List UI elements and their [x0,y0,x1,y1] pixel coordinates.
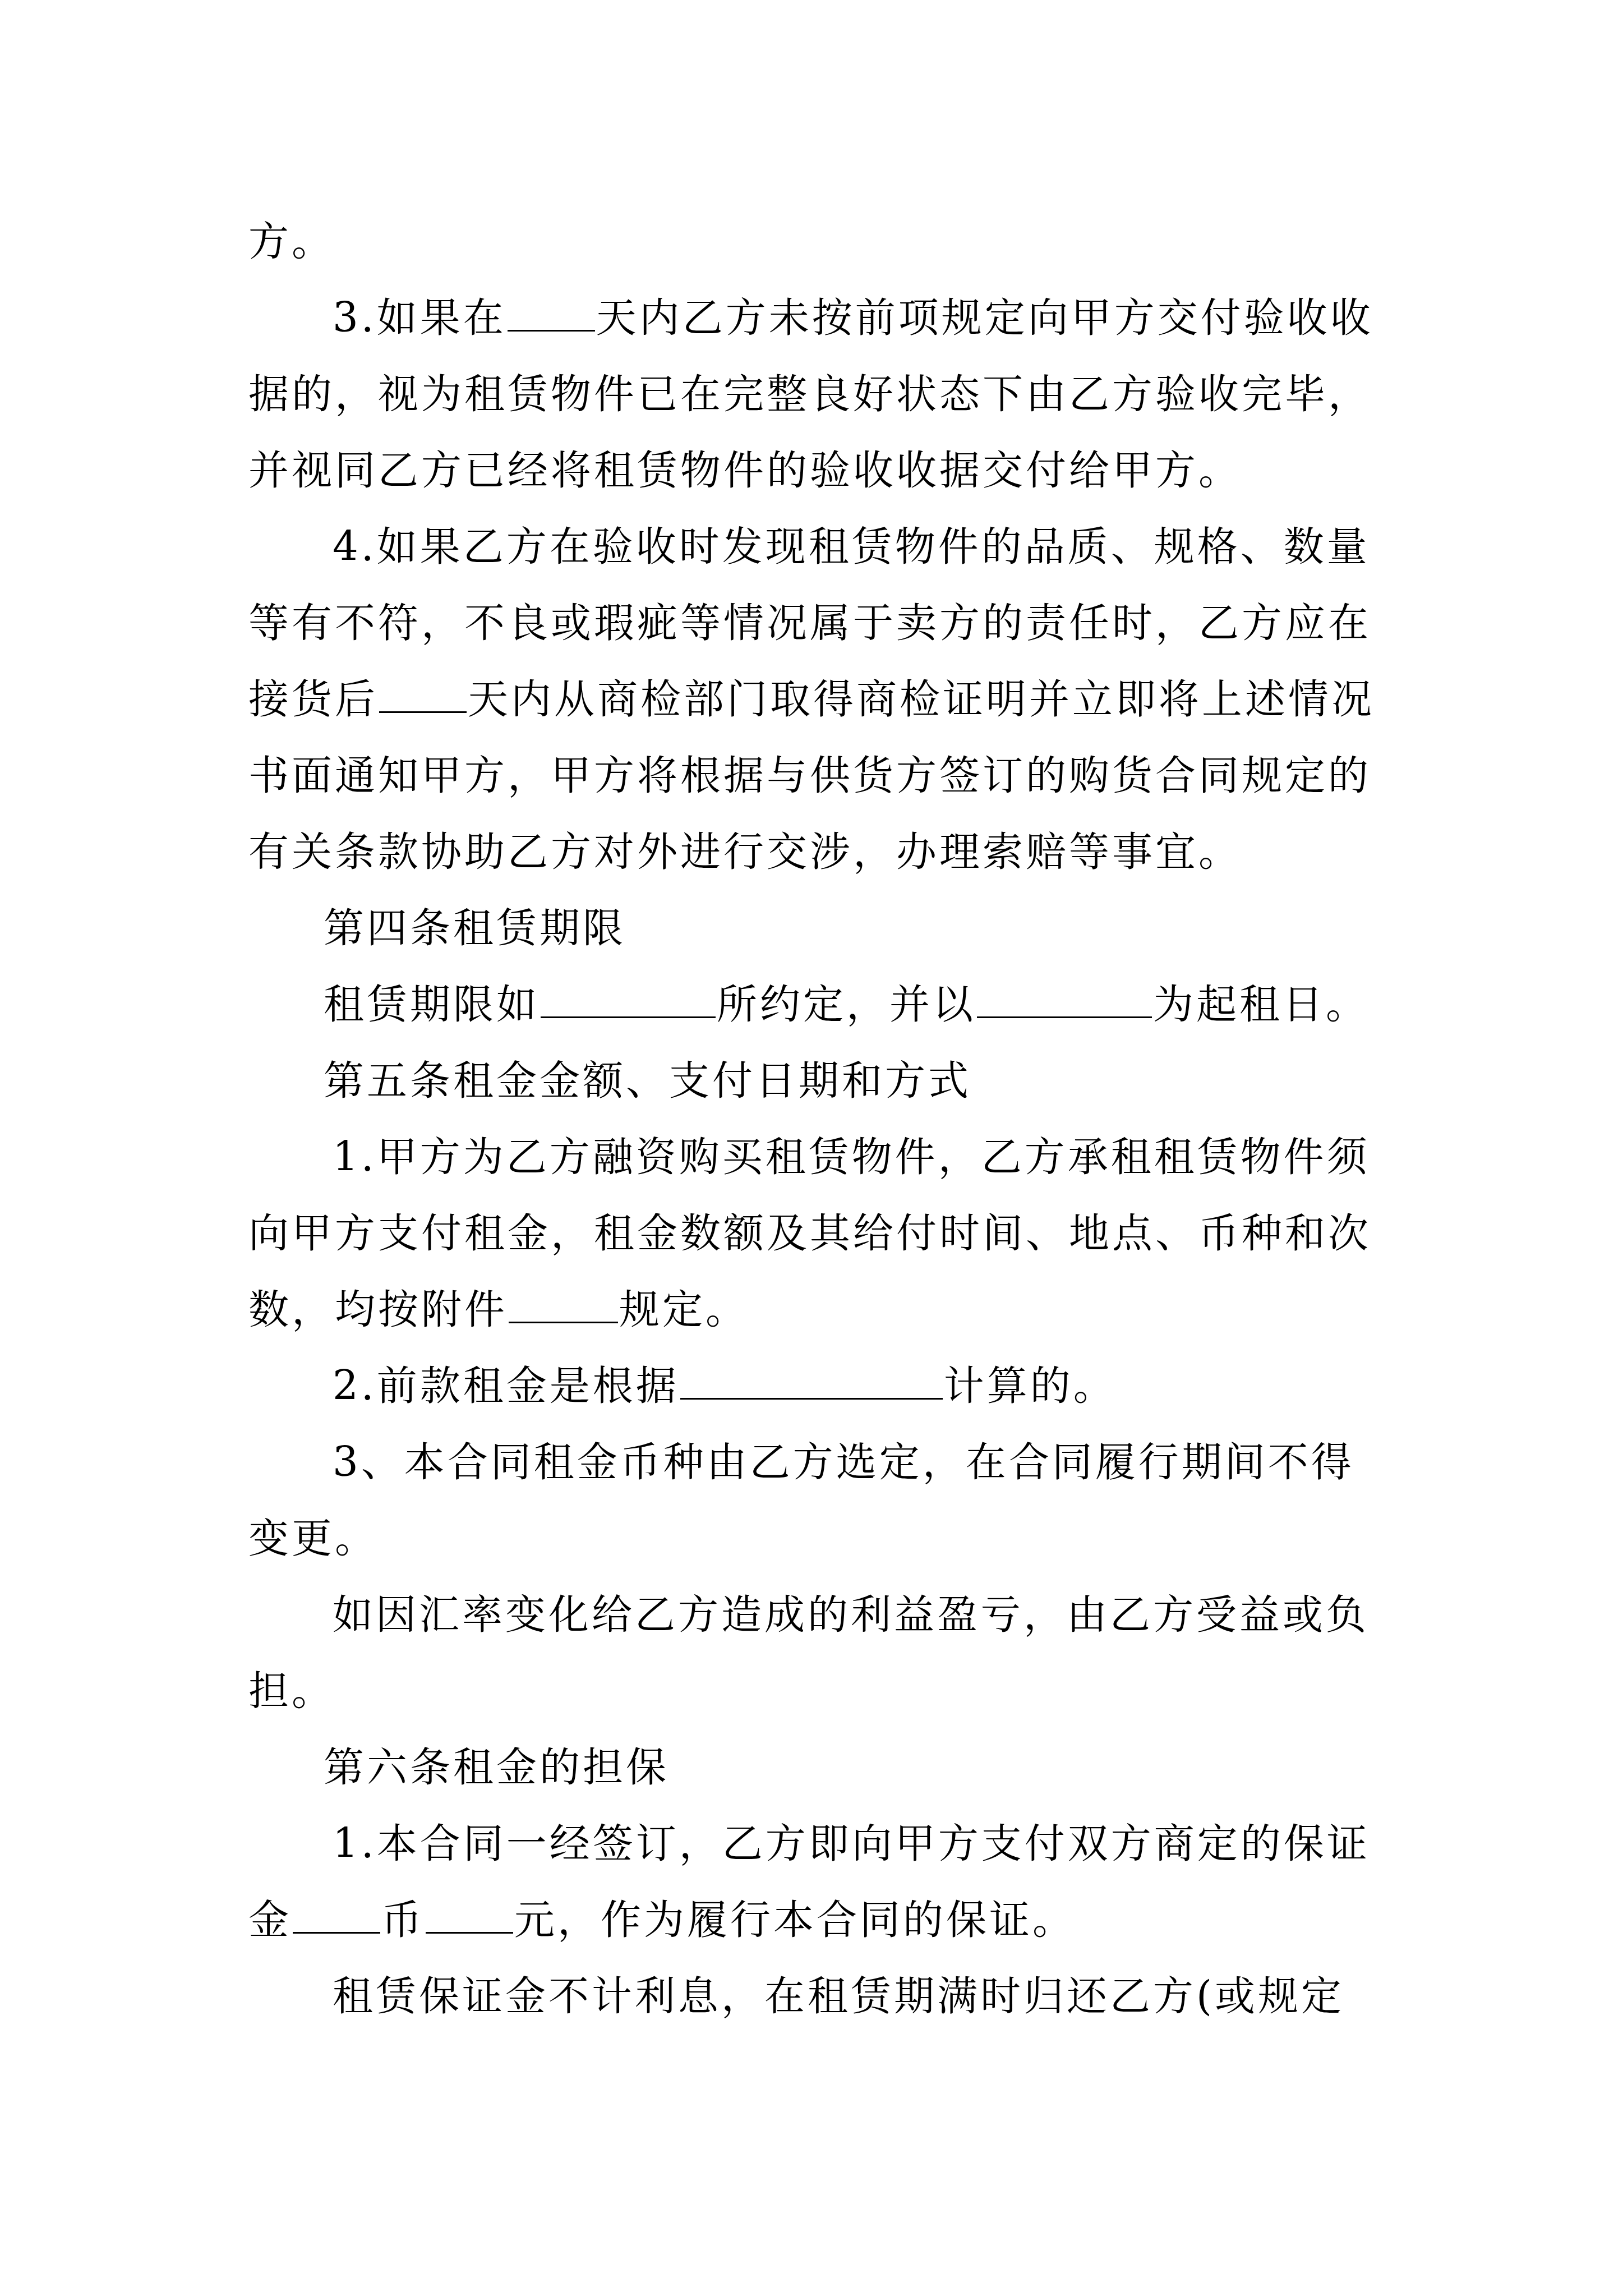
line-text: 计算的。 [944,1362,1117,1409]
paragraph-start-line: 3、本合同租金币种由乙方选定，在合同履行期间不得 [248,1424,1415,1500]
paragraph-start-line: 1.本合同一经签订，乙方即向甲方支付双方商定的保证 [248,1805,1415,1881]
text-line: 书面通知甲方，甲方将根据与供货方签订的购货合同规定的 [248,737,1415,813]
line-text: 并视同乙方已经将租赁物件的验收收据交付给甲方。 [248,447,1242,494]
section-line: 第六条租金的担保 [248,1729,1415,1805]
line-text: 等有不符，不良或瑕疵等情况属于卖方的责任时，乙方应在 [248,599,1371,646]
line-text: 接货后 [248,675,378,723]
text-line: 等有不符，不良或瑕疵等情况属于卖方的责任时，乙方应在 [248,585,1415,661]
line-text: 1.本合同一经签订，乙方即向甲方支付双方商定的保证 [333,1820,1370,1867]
line-text: 据的，视为租赁物件已在完整良好状态下由乙方验收完毕， [248,370,1371,417]
section-line: 第四条租赁期限 [248,890,1415,966]
text-line: 接货后天内从商检部门取得商检证明并立即将上述情况 [248,661,1415,737]
line-text: 1.甲方为乙方融资购买租赁物件，乙方承租租赁物件须 [333,1133,1370,1180]
fill-in-blank [680,1361,943,1400]
line-text: 第四条租赁期限 [324,904,626,951]
text-line: 数，均按附件规定。 [248,1271,1415,1347]
line-text: 所约定，并以 [717,981,976,1028]
section-line: 租赁期限如所约定，并以为起租日。 [248,966,1415,1042]
text-line: 向甲方支付租金，租金数额及其给付时间、地点、币种和次 [248,1195,1415,1271]
text-line: 担。 [248,1653,1415,1729]
paragraph-start-line: 4.如果乙方在验收时发现租赁物件的品质、规格、数量 [248,508,1415,585]
line-text: 第五条租金金额、支付日期和方式 [324,1057,971,1104]
line-text: 变更。 [248,1515,378,1562]
paragraph-start-line: 1.甲方为乙方融资购买租赁物件，乙方承租租赁物件须 [248,1119,1415,1195]
line-text: 规定。 [619,1286,749,1333]
line-text: 天内乙方未按前项规定向甲方交付验收收 [596,294,1373,341]
paragraph-start-line: 3.如果在天内乙方未按前项规定向甲方交付验收收 [248,279,1415,356]
line-text: 第六条租金的担保 [324,1743,669,1791]
fill-in-blank [293,1895,380,1934]
paragraph-start-line: 2.前款租金是根据计算的。 [248,1347,1415,1424]
text-line: 有关条款协助乙方对外进行交涉，办理索赔等事宜。 [248,813,1415,890]
document-body: 方。3.如果在天内乙方未按前项规定向甲方交付验收收据的，视为租赁物件已在完整良好… [248,203,1415,2034]
fill-in-blank [379,674,467,713]
text-line: 金币元，作为履行本合同的保证。 [248,1881,1415,1958]
line-text: 向甲方支付租金，租金数额及其给付时间、地点、币种和次 [248,1209,1371,1257]
line-text: 书面通知甲方，甲方将根据与供货方签订的购货合同规定的 [248,752,1371,799]
text-line: 并视同乙方已经将租赁物件的验收收据交付给甲方。 [248,432,1415,508]
line-text: 元，作为履行本合同的保证。 [514,1896,1076,1943]
line-text: 4.如果乙方在验收时发现租赁物件的品质、规格、数量 [333,523,1370,570]
line-text: 天内从商检部门取得商检证明并立即将上述情况 [468,675,1375,723]
document-page: 方。3.如果在天内乙方未按前项规定向甲方交付验收收据的，视为租赁物件已在完整良好… [0,0,1623,2296]
line-text: 2.前款租金是根据 [333,1362,679,1409]
paragraph-start-line: 如因汇率变化给乙方造成的利益盈亏，由乙方受益或负 [248,1576,1415,1653]
paragraph-start-line: 租赁保证金不计利息，在租赁期满时归还乙方(或规定 [248,1958,1415,2034]
text-line: 据的，视为租赁物件已在完整良好状态下由乙方验收完毕， [248,356,1415,432]
line-text: 担。 [248,1667,335,1714]
line-text: 租赁期限如 [324,981,540,1028]
fill-in-blank [426,1895,513,1934]
text-line: 变更。 [248,1500,1415,1576]
line-text: 如因汇率变化给乙方造成的利益盈亏，由乙方受益或负 [333,1591,1369,1638]
line-text: 方。 [248,218,335,265]
line-text: 币 [381,1896,425,1943]
fill-in-blank [541,979,716,1018]
line-text: 租赁保证金不计利息，在租赁期满时归还乙方(或规定 [333,1972,1344,2019]
line-text: 3、本合同租金币种由乙方选定，在合同履行期间不得 [333,1438,1354,1485]
line-text: 数，均按附件 [248,1286,508,1333]
line-text: 有关条款协助乙方对外进行交涉，办理索赔等事宜。 [248,828,1242,875]
fill-in-blank [508,293,595,332]
line-text: 为起租日。 [1153,981,1369,1028]
text-line: 方。 [248,203,1415,279]
section-line: 第五条租金金额、支付日期和方式 [248,1042,1415,1119]
fill-in-blank [977,979,1152,1018]
line-text: 金 [248,1896,292,1943]
line-text: 3.如果在 [333,294,506,341]
fill-in-blank [509,1285,618,1323]
